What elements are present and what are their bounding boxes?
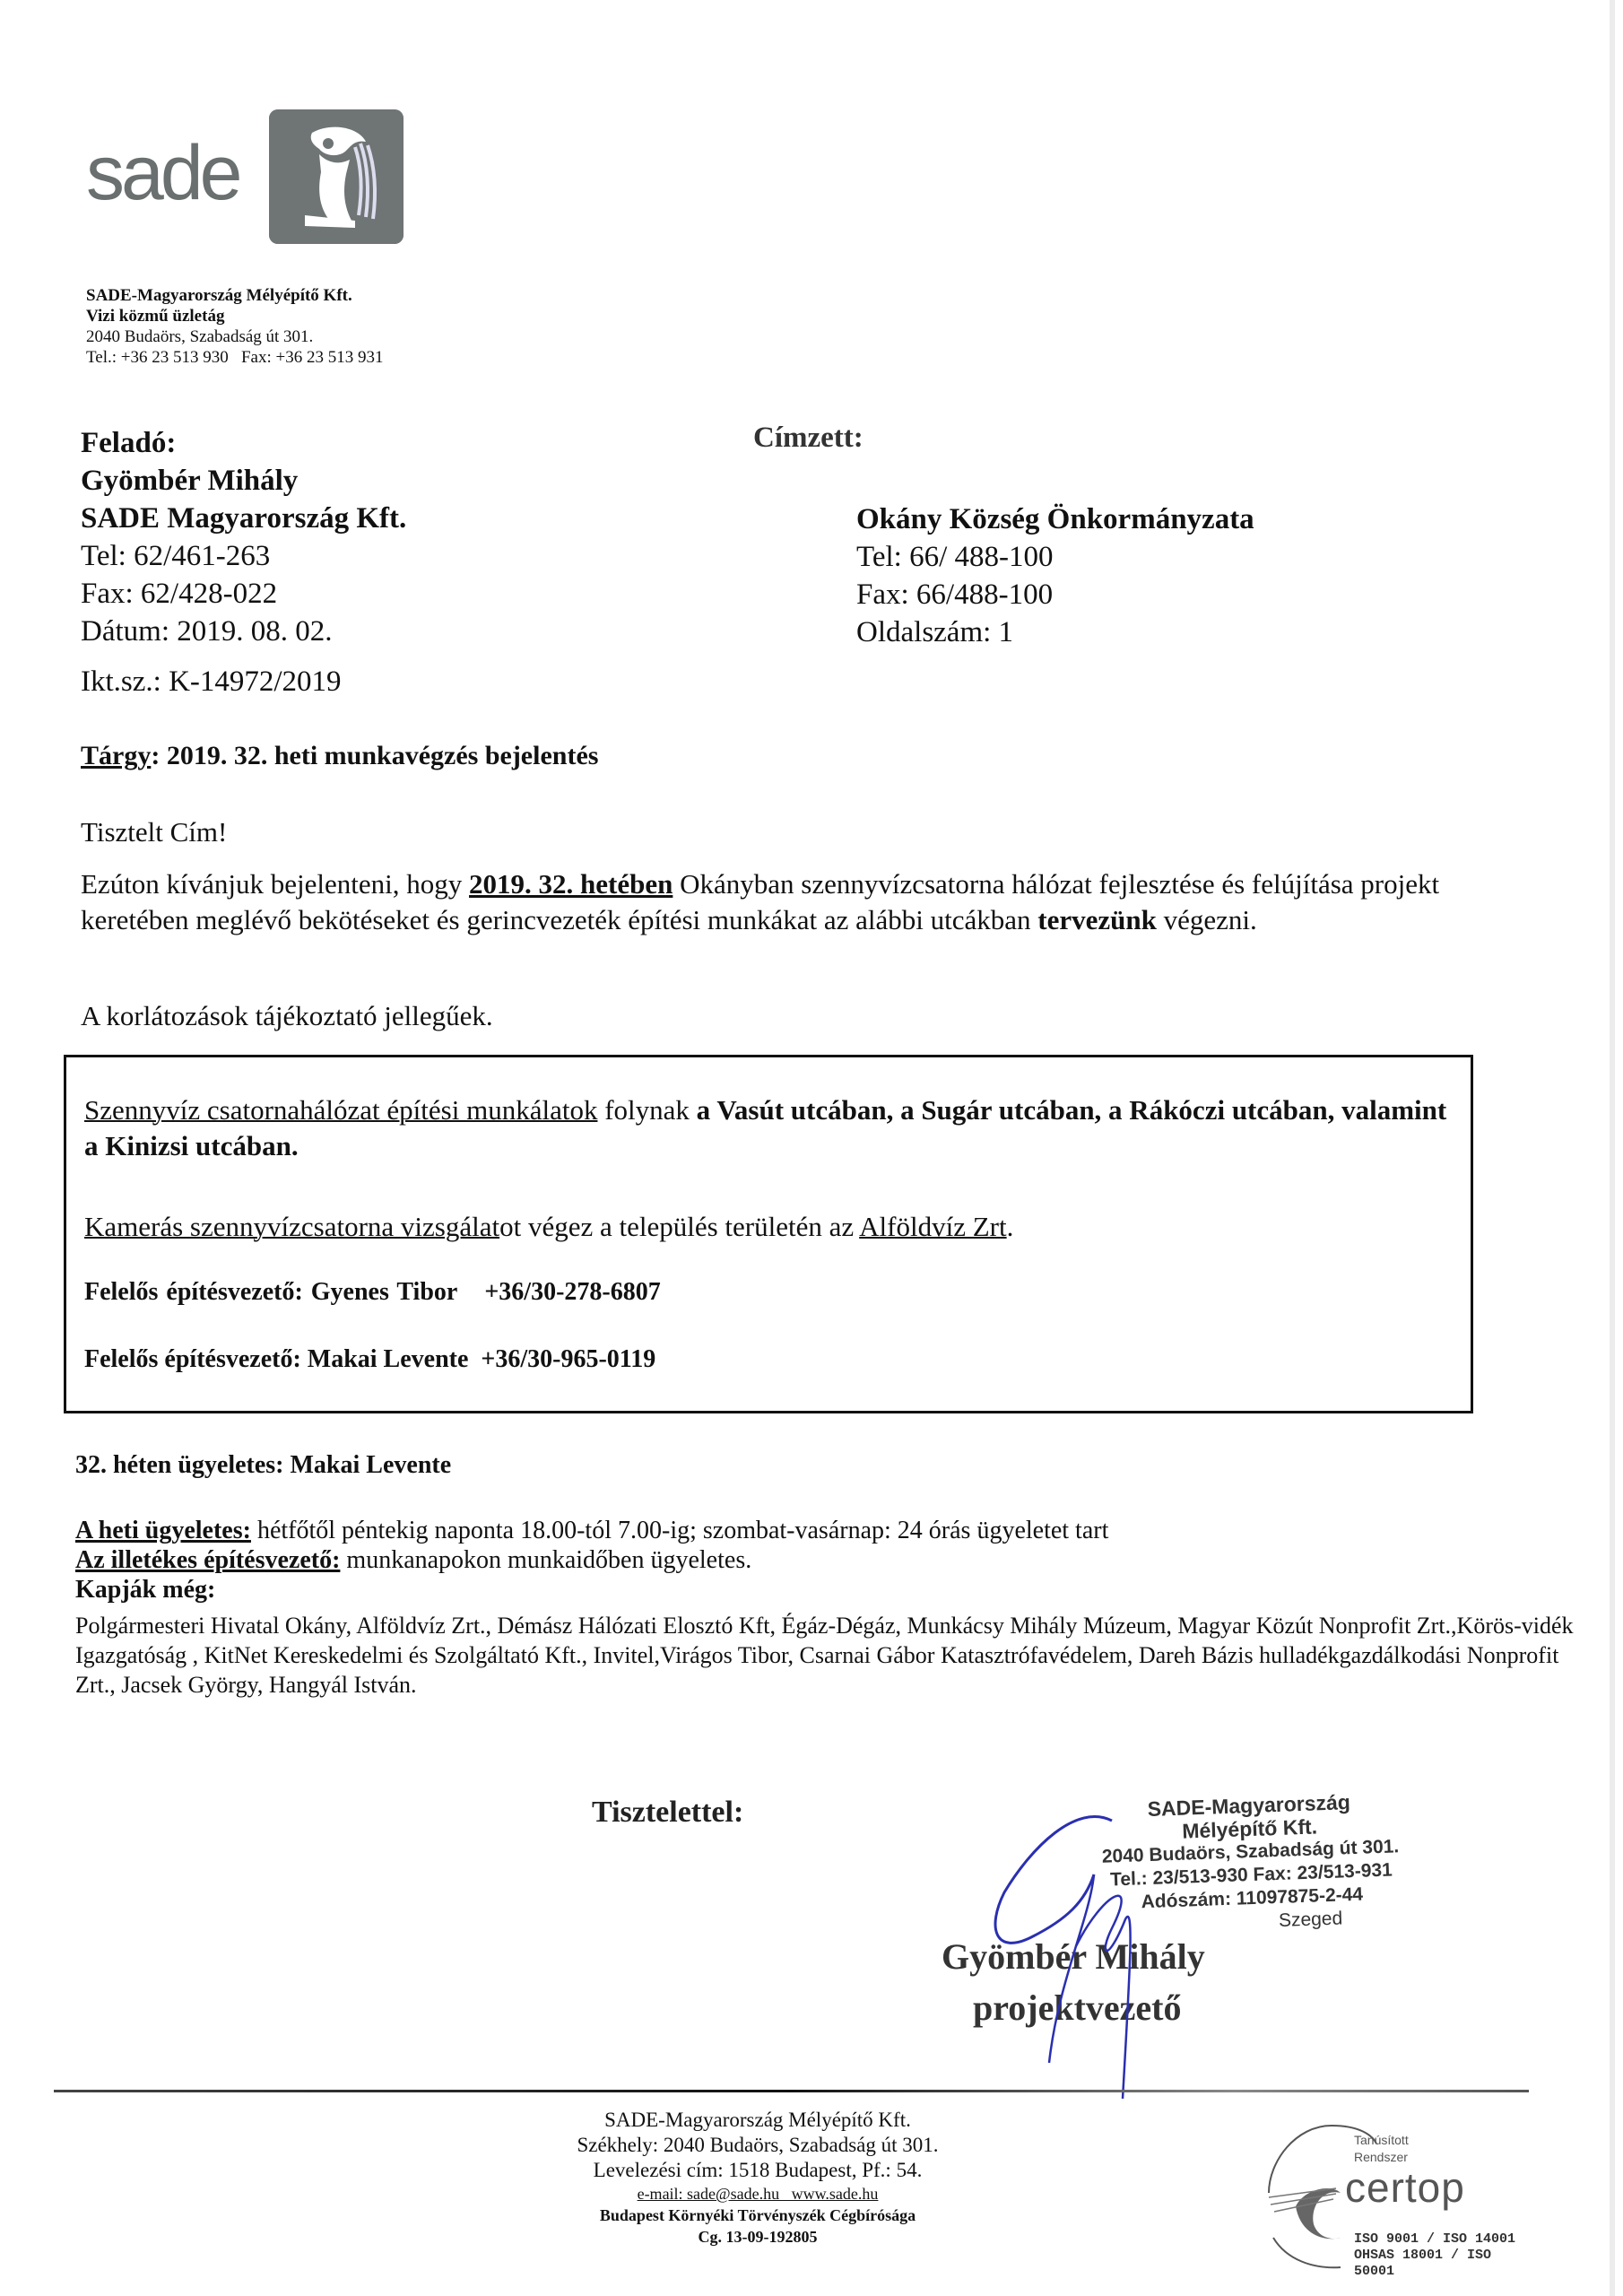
weekly-duty-line: A heti ügyeletes: hétfőtől péntekig napo… — [75, 1516, 1546, 1545]
sender-date: Dátum: 2019. 08. 02. — [81, 613, 406, 650]
sender-block: Feladó: Gyömbér Mihály SADE Magyarország… — [81, 424, 406, 700]
sender-name: Gyömbér Mihály — [81, 462, 406, 500]
camera-end: . — [1007, 1211, 1014, 1242]
cc-recipients-list: Polgármesteri Hivatal Okány, Alföldvíz Z… — [75, 1611, 1582, 1700]
subject-label: Tárgy — [81, 741, 151, 770]
body-emphasis: tervezünk — [1037, 904, 1157, 935]
reference-number: Ikt.sz.: K-14972/2019 — [81, 663, 406, 700]
works-description: Szennyvíz csatornahálózat építési munkál… — [84, 1092, 1447, 1164]
cert-iso-line: ISO 9001 / ISO 14001 — [1354, 2231, 1515, 2248]
letterhead-phones: Tel.: +36 23 513 930 Fax: +36 23 513 931 — [86, 347, 383, 368]
cert-line: Tanúsított — [1354, 2133, 1409, 2148]
subject-line: Tárgy: 2019. 32. heti munkavégzés bejele… — [81, 741, 598, 771]
camera-text: ot végez a település területén az — [499, 1211, 859, 1242]
cc-label: Kapják még: — [75, 1575, 1546, 1605]
manager-1-label: Felelős építésvezető: Gyenes Tibor — [84, 1278, 457, 1306]
footer-registration: Cg. 13-09-192805 — [507, 2226, 1009, 2248]
sade-wordmark: sade — [86, 135, 239, 212]
greeting: Tisztelt Cím! — [81, 816, 227, 848]
footer-company: SADE-Magyarország Mélyépítő Kft. — [507, 2108, 1009, 2133]
closing-salutation: Tisztelettel: — [592, 1796, 743, 1830]
manager-duty-label: Az illetékes építésvezető: — [75, 1546, 340, 1574]
cert-brand: certop — [1345, 2163, 1465, 2212]
recipient-tel: Tel: 66/ 488-100 — [856, 538, 1254, 576]
page-edge-shadow — [1610, 0, 1615, 2296]
footer-divider — [54, 2090, 1529, 2092]
weekly-duty-text: hétfőtől péntekig naponta 18.00-tól 7.00… — [251, 1517, 1108, 1544]
weekly-duty-label: A heti ügyeletes: — [75, 1517, 251, 1544]
footer-mail-address: Levelezési cím: 1518 Budapest, Pf.: 54. — [507, 2158, 1009, 2183]
letterhead-address: 2040 Budaörs, Szabadság út 301. — [86, 326, 383, 347]
sender-fax: Fax: 62/428-022 — [81, 575, 406, 613]
duty-details: A heti ügyeletes: hétfőtől péntekig napo… — [75, 1516, 1546, 1605]
works-label: Szennyvíz csatornahálózat építési munkál… — [84, 1094, 597, 1126]
manager-2-label: Felelős építésvezető: Makai Levente — [84, 1345, 468, 1373]
sender-company: SADE Magyarország Kft. — [81, 500, 406, 537]
manager-2-phone: +36/30-965-0119 — [481, 1345, 655, 1373]
camera-company: Alföldvíz Zrt — [859, 1211, 1006, 1242]
site-manager-2: Felelős építésvezető: Makai Levente+36/3… — [84, 1345, 655, 1374]
footer-contact-link[interactable]: e-mail: sade@sade.hu www.sade.hu — [507, 2183, 1009, 2205]
recipient-label: Címzett: — [753, 422, 864, 455]
body-week-highlight: 2019. 32. hetében — [469, 868, 673, 900]
letterhead-company: SADE-Magyarország Mélyépítő Kft. — [86, 285, 383, 306]
subject-text: 2019. 32. heti munkavégzés bejelentés — [160, 741, 598, 770]
sender-tel: Tel: 62/461-263 — [81, 537, 406, 575]
subject-colon: : — [151, 741, 160, 770]
sender-label: Feladó: — [81, 424, 406, 462]
restriction-note: A korlátozások tájékoztató jellegűek. — [81, 1000, 493, 1032]
footer-seat: Székhely: 2040 Budaörs, Szabadság út 301… — [507, 2133, 1009, 2158]
camera-inspection: Kamerás szennyvízcsatorna vizsgálatot vé… — [84, 1211, 1013, 1243]
recipient-name: Okány Község Önkormányzata — [856, 500, 1254, 538]
footer-court: Budapest Környéki Törvényszék Cégbíróság… — [507, 2205, 1009, 2226]
manager-duty-line: Az illetékes építésvezető: munkanapokon … — [75, 1545, 1546, 1575]
camera-label: Kamerás szennyvízcsatorna vizsgálat — [84, 1211, 499, 1242]
manager-1-phone: +36/30-278-6807 — [484, 1278, 660, 1306]
duty-heading: 32. héten ügyeletes: Makai Levente — [75, 1451, 451, 1480]
works-verb: folynak — [597, 1094, 696, 1126]
certop-certification-logo: Tanúsított Rendszer certop ISO 9001 / IS… — [1251, 2108, 1538, 2278]
body-text: Ezúton kívánjuk bejelenteni, hogy — [81, 868, 469, 900]
page-number: Oldalszám: 1 — [856, 613, 1254, 651]
body-paragraph: Ezúton kívánjuk bejelenteni, hogy 2019. … — [81, 866, 1480, 938]
manager-duty-text: munkanapokon munkaidőben ügyeletes. — [340, 1546, 751, 1574]
recipient-fax: Fax: 66/488-100 — [856, 576, 1254, 613]
body-text: végezni. — [1157, 904, 1257, 935]
letterhead: SADE-Magyarország Mélyépítő Kft. Vizi kö… — [86, 285, 383, 368]
recipient-block: Okány Község Önkormányzata Tel: 66/ 488-… — [856, 500, 1254, 651]
sade-figure-logo-icon — [269, 109, 404, 244]
handwritten-signature-icon — [933, 1794, 1166, 2099]
cert-iso-line: OHSAS 18001 / ISO 50001 — [1354, 2248, 1538, 2280]
footer-company-info: SADE-Magyarország Mélyépítő Kft. Székhel… — [507, 2108, 1009, 2248]
site-manager-1: Felelős építésvezető: Gyenes Tibor+36/30… — [84, 1278, 661, 1307]
letterhead-division: Vizi közmű üzletág — [86, 306, 383, 326]
